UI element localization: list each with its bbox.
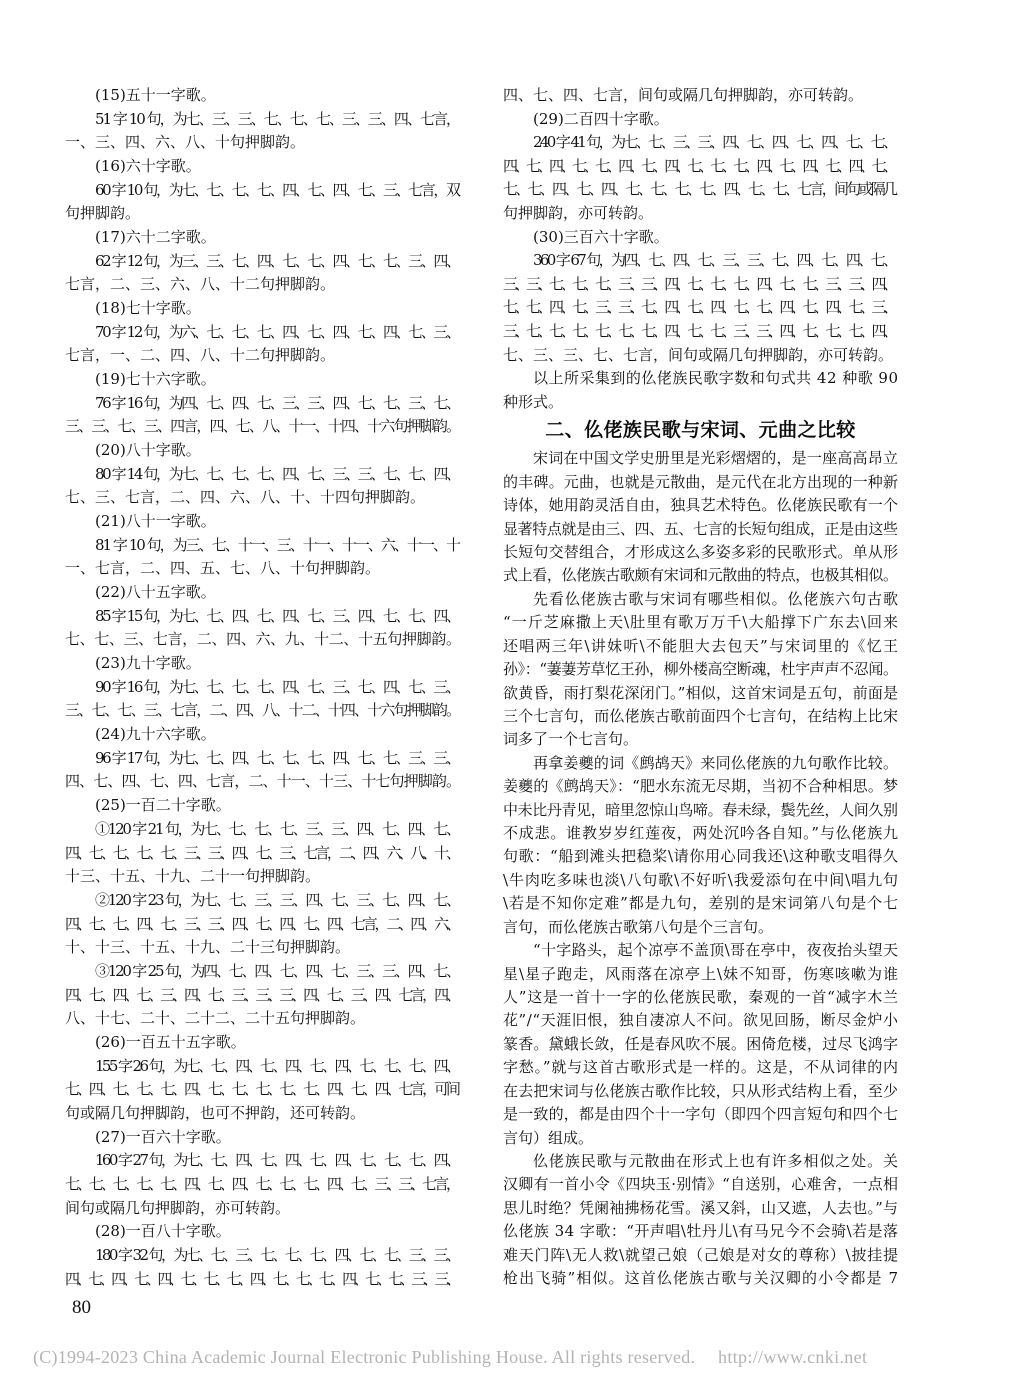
line-text: 96 字 17 句，为七、七、四、七、七、七、四、七、七、三、三、: [95, 747, 459, 771]
line-text: 花”/“天涯旧恨，独自凄凉人不问。欲见回肠，断尽金炉小: [503, 1009, 899, 1032]
right-text-column: 四、七、四、七言，间句或隔几句押脚韵，亦可转韵。(29)二百四十字歌。240 字…: [503, 84, 898, 1291]
line-text: 160 字 27 句，为七、七、四、七、四、七、四、七、七、七、四、: [95, 1149, 458, 1173]
text-line: 人”这是一首十一字的仫佬族民歌，秦观的一首“减字木兰: [503, 986, 898, 1009]
text-line: 七、七、四、七、三、三、七、四、七、四、七、七、四、七、四、七、三、: [503, 296, 898, 320]
song-form-description: 240 字 41 句，为七、七、三、三、四、七、四、七、四、七、七、四、七、四、…: [503, 131, 898, 225]
text-line: “一斤芝麻撒上天\肚里有歌万万千\大船撑下广东去\回来: [503, 611, 898, 634]
line-text: (15)五十一字歌。: [95, 84, 216, 108]
text-line: 三个七言句，而仫佬族古歌前面四个七言句，在结构上比宋: [503, 705, 898, 728]
line-text: (29)二百四十字歌。: [533, 108, 669, 132]
page-number: 80: [72, 1297, 91, 1319]
line-text: 81 字 10 句，为三、七、十一、三、十一、十一、六、十一、十: [95, 534, 459, 558]
text-line: (27)一百六十字歌。: [65, 1126, 461, 1150]
copyright-footer: (C)1994-2023 China Academic Journal Elec…: [33, 1347, 695, 1367]
text-line: (28)一百八十字歌。: [65, 1220, 461, 1244]
text-line: 360 字 67 句，为四、七、四、七、三、三、七、四、七、四、七、: [503, 249, 898, 273]
line-text: 还唱两三年\讲妹听\不能胆大去包天”与宋词里的《忆王: [503, 635, 899, 658]
text-line: 90 字 16 句，为七、七、七、七、四、七、三、七、四、七、三、: [65, 676, 461, 700]
song-form-title: (15)五十一字歌。: [65, 84, 461, 108]
text-line: (19)七十六字歌。: [65, 368, 461, 392]
song-form-title: (24)九十六字歌。: [65, 723, 461, 747]
song-form-title: (28)一百八十字歌。: [65, 1220, 461, 1244]
line-text: 十、十三、十五、十九、二十三句押脚韵。: [65, 936, 350, 960]
line-text: (22)八十五字歌。: [95, 581, 216, 605]
section-heading-text: 二、仫佬族民歌与宋词、元曲之比较: [545, 414, 855, 447]
text-line: 四、七、四、七、四、七、七、七、四、七、七、七、四、七、七、三、三、: [65, 1268, 461, 1292]
song-form-description: 85 字 15 句，为七、七、四、七、四、七、三、四、七、七、四、七、七、三、七…: [65, 605, 461, 652]
text-line: 62 字 12 句，为三、三、七、四、七、七、四、七、七、三、四、: [65, 250, 461, 274]
text-line: 难天门阵\无人救\就望己娘（己娘是对女的尊称）\披挂提: [503, 1244, 898, 1267]
song-form-title: (16)六十字歌。: [65, 155, 461, 179]
song-form-description: 96 字 17 句，为七、七、四、七、七、七、四、七、七、三、三、四、七、四、七…: [65, 747, 461, 794]
text-line: 四、七、四、七、四、七言，二、十一、十三、十七句押脚韵。: [65, 770, 461, 794]
text-line: (15)五十一字歌。: [65, 84, 461, 108]
text-line: (26)一百五十五字歌。: [65, 1031, 461, 1055]
line-text: “一斤芝麻撒上天\肚里有歌万万千\大船撑下广东去\回来: [503, 611, 899, 634]
line-text: 仫佬族 34 字歌：“开声唱\牡丹儿\有马兄今不会骑\若是落: [503, 1220, 898, 1243]
line-text: 言句）组成。: [503, 1127, 593, 1150]
line-text: 62 字 12 句，为三、三、七、四、七、七、四、七、七、三、四、: [95, 250, 459, 274]
line-text: 90 字 16 句，为七、七、七、七、四、七、三、七、四、七、三、: [95, 676, 459, 700]
text-line: 八、十七、二十、二十二、二十五句押脚韵。: [65, 1007, 461, 1031]
line-text: (25)一百二十字歌。: [95, 794, 231, 818]
line-text: (18)七十字歌。: [95, 297, 201, 321]
song-form-title: (25)一百二十字歌。: [65, 794, 461, 818]
text-line: 七言，一、二、四、八、十二句押脚韵。: [65, 344, 461, 368]
line-text: 155 字 26 句，为七、七、四、七、四、七、四、七、七、七、四、: [95, 1055, 458, 1079]
song-form-description: 70 字 12 句，为六、七、七、七、四、七、四、七、四、七、三、七言，一、二、…: [65, 321, 461, 368]
text-line: ①120 字 21 句，为七、七、七、七、三、三、四、七、四、七、: [65, 818, 461, 842]
song-form-description: 155 字 26 句，为七、七、四、七、四、七、四、七、七、七、四、七、四、七、…: [65, 1055, 461, 1126]
line-text: 以上所采集到的仫佬族民歌字数和句式共 42 种歌 90: [533, 367, 898, 391]
line-text: 360 字 67 句，为四、七、四、七、三、三、七、四、七、四、七、: [533, 249, 895, 273]
body-paragraph: “十字路头，起个凉亭不盖顶\哥在亭中，夜夜抬头望天星\星子跑走，风雨落在凉亭上\…: [503, 939, 898, 1150]
text-line: 仫佬族民歌与元散曲在形式上也有许多相似之处。关: [503, 1150, 898, 1173]
text-line: 51 字 10 句，为七、三、三、七、七、七、三、三、四、七言，: [65, 108, 461, 132]
journal-page: (15)五十一字歌。51 字 10 句，为七、三、三、七、七、七、三、三、四、七…: [0, 0, 1024, 1399]
section-heading: 二、仫佬族民歌与宋词、元曲之比较: [503, 414, 898, 447]
line-text: 词多了一个七言句。: [503, 728, 638, 751]
line-text: 枪出飞骑”相似。这首仫佬族古歌与关汉卿的小令都是 7: [503, 1267, 899, 1290]
line-text: 字愁。”就与这首古歌形式是一样的。这是，不从词律的内: [503, 1056, 899, 1079]
line-text: “十字路头，起个凉亭不盖顶\哥在亭中，夜夜抬头望天: [533, 939, 898, 962]
text-line: 间句或隔几句押脚韵，亦可转韵。: [65, 1197, 461, 1221]
text-line: 篆香。黛蛾长敛，任是春风吹不展。困倚危楼，过尽飞鸿字: [503, 1033, 898, 1056]
left-text-column: (15)五十一字歌。51 字 10 句，为七、三、三、七、七、七、三、三、四、七…: [65, 84, 461, 1291]
text-line: 四、七、四、七言，间句或隔几句押脚韵，亦可转韵。: [503, 84, 898, 108]
song-form-title: (30)三百六十字歌。: [503, 226, 898, 250]
body-paragraph: 宋词在中国文学史册里是光彩熠熠的，是一座高高昂立的丰碑。元曲，也就是元散曲，是元…: [503, 447, 898, 588]
text-line: 中未比丹青见，暗里忽惊山鸟啼。春未绿，鬓先丝，人间久别: [503, 799, 898, 822]
line-text: 汉卿有一首小令《四块玉·别情》“自送别，心难舍，一点相: [503, 1173, 898, 1196]
text-line: 再拿姜夔的词《鹧鸪天》来同仫佬族的九句歌作比较。: [503, 752, 898, 775]
line-text: 再拿姜夔的词《鹧鸪天》来同仫佬族的九句歌作比较。: [533, 752, 898, 775]
line-text: (28)一百八十字歌。: [95, 1220, 231, 1244]
line-text: \牛肉吃多味也淡\八句歌\不好听\我爱添句在中间\唱九句: [503, 869, 899, 892]
text-line: 七、七、四、七、四、七、七、七、七、四、七、七、七言，间句或隔几: [503, 178, 898, 202]
song-form-description: 62 字 12 句，为三、三、七、四、七、七、四、七、七、三、四、七言，二、三、…: [65, 250, 461, 297]
text-line: 式上看，仫佬族古歌颇有宋词和元散曲的特点，也极其相似。: [503, 564, 898, 587]
line-text: 三、七、七、三、七言，二、四、八、十二、十四、十六句押脚韵。: [65, 699, 459, 723]
line-text: 种形式。: [503, 391, 563, 415]
song-form-title: (23)九十字歌。: [65, 652, 461, 676]
line-text: (17)六十二字歌。: [95, 226, 216, 250]
line-text: 篆香。黛蛾长敛，任是春风吹不展。困倚危楼，过尽飞鸿字: [503, 1033, 898, 1056]
text-line: 四、七、四、七、三、四、七、三、三、三、四、七、三、四、七言，四、: [65, 984, 461, 1008]
song-form-description: 51 字 10 句，为七、三、三、七、七、七、三、三、四、七言，一、三、四、六、…: [65, 108, 461, 155]
line-text: 四、七、四、七、四、七言，二、十一、十三、十七句押脚韵。: [65, 770, 460, 794]
line-text: 七言，一、二、四、八、十二句押脚韵。: [65, 344, 335, 368]
text-line: (29)二百四十字歌。: [503, 108, 898, 132]
line-text: 85 字 15 句，为七、七、四、七、四、七、三、四、七、七、四、: [95, 605, 459, 629]
line-text: 句歌：“船到滩头把稳桨\请你用心同我还\这种歌支唱得久: [503, 845, 899, 868]
text-line: (24)九十六字歌。: [65, 723, 461, 747]
text-line: 七、三、七言，二、四、六、八、十、十四句押脚韵。: [65, 486, 461, 510]
text-line: 七、七、七、七、七、四、七、四、七、七、七、四、七、三、三、七言，: [65, 1173, 461, 1197]
line-text: 四、七、四、七、七、四、七、四、七、七、七、四、七、四、七、四、七、: [503, 155, 895, 179]
text-line: 词多了一个七言句。: [503, 728, 898, 751]
text-line: ②120 字 23 句，为七、七、三、三、四、七、三、七、四、七、: [65, 889, 461, 913]
line-text: (16)六十字歌。: [95, 155, 201, 179]
line-text: 240 字 41 句，为七、七、三、三、四、七、四、七、四、七、七、: [533, 131, 895, 155]
line-text: 间句或隔几句押脚韵，亦可转韵。: [65, 1197, 290, 1221]
line-text: ①120 字 21 句，为七、七、七、七、三、三、四、七、四、七、: [95, 818, 459, 842]
line-text: (24)九十六字歌。: [95, 723, 216, 747]
line-text: 三、七、七、七、七、七、七、四、七、七、三、三、四、七、七、七、四、: [503, 320, 895, 344]
text-line: (21)八十一字歌。: [65, 510, 461, 534]
text-line: 四、七、七、七、七、三、三、四、七、三、七言，二、四、六、八、十、: [65, 842, 461, 866]
text-line: 句押脚韵，亦可转韵。: [503, 202, 898, 226]
text-line: (16)六十字歌。: [65, 155, 461, 179]
line-text: 四、七、四、七、三、四、七、三、三、三、四、七、三、四、七言，四、: [65, 984, 458, 1008]
line-text: 76 字 16 句，为四、七、四、七、三、三、四、七、七、三、七、: [95, 392, 459, 416]
text-line: (18)七十字歌。: [65, 297, 461, 321]
text-line: 仫佬族 34 字歌：“开声唱\牡丹儿\有马兄今不会骑\若是落: [503, 1220, 898, 1243]
line-text: 三个七言句，而仫佬族古歌前面四个七言句，在结构上比宋: [503, 705, 898, 728]
song-form-title: (18)七十字歌。: [65, 297, 461, 321]
line-text: 三、三、七、七、七、三、三、四、七、七、七、四、七、七、三、三、四、: [503, 273, 895, 297]
song-form-title: (22)八十五字歌。: [65, 581, 461, 605]
line-text: 在去把宋词与仫佬族古歌作比较，只从形式结构上看，至少: [503, 1080, 898, 1103]
text-line: 显著特点就是由三、四、五、七言的长短句组成，正是由这些: [503, 518, 898, 541]
text-line: (20)八十字歌。: [65, 439, 461, 463]
song-form-title: (26)一百五十五字歌。: [65, 1031, 461, 1055]
song-form-description: ②120 字 23 句，为七、七、三、三、四、七、三、七、四、七、四、七、七、四…: [65, 889, 461, 960]
line-text: 十三、十五、十九、二十一句押脚韵。: [65, 865, 320, 889]
text-line: 宋词在中国文学史册里是光彩熠熠的，是一座高高昂立: [503, 447, 898, 470]
line-text: ③120 字 25 句，为四、七、四、七、四、七、三、三、四、七、: [95, 960, 459, 984]
text-line: 81 字 10 句，为三、七、十一、三、十一、十一、六、十一、十: [65, 534, 461, 558]
line-text: 句押脚韵。: [65, 202, 140, 226]
line-text: 中未比丹青见，暗里忽惊山鸟啼。春未绿，鬓先丝，人间久别: [503, 799, 898, 822]
text-line: 句歌：“船到滩头把稳桨\请你用心同我还\这种歌支唱得久: [503, 845, 898, 868]
line-text: ②120 字 23 句，为七、七、三、三、四、七、三、七、四、七、: [95, 889, 459, 913]
text-line: 七、七、三、七言，二、四、六、九、十二、十五句押脚韵。: [65, 628, 461, 652]
text-line: 姜夔的《鹧鸪天》：“肥水东流无尽期，当初不合种相思。梦: [503, 775, 898, 798]
line-text: 句押脚韵，亦可转韵。: [503, 202, 653, 226]
line-text: 孙》：“萋萋芳草忆王孙，柳外楼高空断魂，杜宇声声不忍闻。: [503, 658, 898, 681]
text-line: 十三、十五、十九、二十一句押脚韵。: [65, 865, 461, 889]
line-text: 显著特点就是由三、四、五、七言的长短句组成，正是由这些: [503, 518, 898, 541]
line-text: 180 字 32 句，为七、七、三、七、七、七、四、七、七、三、三、: [95, 1244, 458, 1268]
song-form-description: ③120 字 25 句，为四、七、四、七、四、七、三、三、四、七、四、七、四、七…: [65, 960, 461, 1031]
line-text: (20)八十字歌。: [95, 439, 201, 463]
line-text: 句或隔几句押脚韵，也可不押韵，还可转韵。: [65, 1102, 365, 1126]
text-line: 三、三、七、三、四言，四、七、八、十一、十四、十六句押脚韵。: [65, 415, 461, 439]
line-text: 四、七、四、七、四、七、七、七、四、七、七、七、四、七、七、三、三、: [65, 1268, 458, 1292]
line-text: 七、七、四、七、三、三、七、四、七、四、七、七、四、七、四、七、三、: [503, 296, 895, 320]
line-text: 60 字 10 句，为七、七、七、七、四、七、四、七、三、七言，双: [95, 179, 459, 203]
line-text: (19)七十六字歌。: [95, 368, 216, 392]
body-paragraph: 仫佬族民歌与元散曲在形式上也有许多相似之处。关汉卿有一首小令《四块玉·别情》“自…: [503, 1150, 898, 1291]
text-line: 155 字 26 句，为七、七、四、七、四、七、四、七、七、七、四、: [65, 1055, 461, 1079]
line-text: (26)一百五十五字歌。: [95, 1031, 246, 1055]
text-line: 枪出飞骑”相似。这首仫佬族古歌与关汉卿的小令都是 7: [503, 1267, 898, 1290]
song-form-title: (21)八十一字歌。: [65, 510, 461, 534]
text-line: “十字路头，起个凉亭不盖顶\哥在亭中，夜夜抬头望天: [503, 939, 898, 962]
line-text: 姜夔的《鹧鸪天》：“肥水东流无尽期，当初不合种相思。梦: [503, 775, 898, 798]
text-line: 先看仫佬族古歌与宋词有哪些相似。仫佬族六句古歌: [503, 588, 898, 611]
line-text: 不成悲。谁教岁岁红莲夜，两处沉吟各自知。”与仫佬族九: [503, 822, 899, 845]
line-text: 80 字 14 句，为七、七、七、七、四、七、三、三、七、七、四、: [95, 463, 459, 487]
text-line: 三、七、七、七、七、七、七、四、七、七、三、三、四、七、七、七、四、: [503, 320, 898, 344]
text-line: 字愁。”就与这首古歌形式是一样的。这是，不从词律的内: [503, 1056, 898, 1079]
line-text: 七、七、三、七言，二、四、六、九、十二、十五句押脚韵。: [65, 628, 461, 652]
line-text: 思儿时绝？凭阑袖拂杨花雪。溪又斜，山又遮，人去也。”与: [503, 1197, 898, 1220]
song-form-description: 60 字 10 句，为七、七、七、七、四、七、四、七、三、七言，双句押脚韵。: [65, 179, 461, 226]
line-text: \若是不知你定难”都是九句，差别的是宋词第八句是个七: [503, 892, 899, 915]
text-line: 七、三、三、七、七言，间句或隔几句押脚韵，亦可转韵。: [503, 344, 898, 368]
text-line: \牛肉吃多味也淡\八句歌\不好听\我爱添句在中间\唱九句: [503, 869, 898, 892]
line-text: 七、三、三、七、七言，间句或隔几句押脚韵，亦可转韵。: [503, 344, 893, 368]
text-line: 花”/“天涯旧恨，独自凄凉人不问。欲见回肠，断尽金炉小: [503, 1009, 898, 1032]
song-form-description: 160 字 27 句，为七、七、四、七、四、七、四、七、七、七、四、七、七、七、…: [65, 1149, 461, 1220]
text-line: 60 字 10 句，为七、七、七、七、四、七、四、七、三、七言，双: [65, 179, 461, 203]
text-line: 160 字 27 句，为七、七、四、七、四、七、四、七、七、七、四、: [65, 1149, 461, 1173]
text-line: 四、七、七、四、七、三、三、四、七、四、七、四、七言，二、四、六、: [65, 913, 461, 937]
line-text: 七、四、七、七、七、四、七、七、七、七、七、四、七、四、七言，可间: [65, 1078, 458, 1102]
text-line: 七言，二、三、六、八、十二句押脚韵。: [65, 273, 461, 297]
text-line: 80 字 14 句，为七、七、七、七、四、七、三、三、七、七、四、: [65, 463, 461, 487]
text-line: 三、七、七、三、七言，二、四、八、十二、十四、十六句押脚韵。: [65, 699, 461, 723]
text-line: 不成悲。谁教岁岁红莲夜，两处沉吟各自知。”与仫佬族九: [503, 822, 898, 845]
song-form-title: (17)六十二字歌。: [65, 226, 461, 250]
text-line: 十、十三、十五、十九、二十三句押脚韵。: [65, 936, 461, 960]
line-text: 难天门阵\无人救\就望己娘（己娘是对女的尊称）\披挂提: [503, 1244, 899, 1267]
body-paragraph: 先看仫佬族古歌与宋词有哪些相似。仫佬族六句古歌“一斤芝麻撒上天\肚里有歌万万千\…: [503, 588, 898, 752]
line-text: 七言，二、三、六、八、十二句押脚韵。: [65, 273, 335, 297]
text-line: 孙》：“萋萋芳草忆王孙，柳外楼高空断魂，杜宇声声不忍闻。: [503, 658, 898, 681]
line-text: 70 字 12 句，为六、七、七、七、四、七、四、七、四、七、三、: [95, 321, 459, 345]
text-line: 七、四、七、七、七、四、七、七、七、七、七、四、七、四、七言，可间: [65, 1078, 461, 1102]
line-text: 七、七、七、七、七、四、七、四、七、七、七、四、七、三、三、七言，: [65, 1173, 458, 1197]
text-line: 言句，而仫佬族古歌第八句是个三言句。: [503, 916, 898, 939]
line-text: (27)一百六十字歌。: [95, 1126, 231, 1150]
song-form-description: ①120 字 21 句，为七、七、七、七、三、三、四、七、四、七、四、七、七、七…: [65, 818, 461, 889]
line-text: 一、三、四、六、八、十句押脚韵。: [65, 131, 305, 155]
line-text: 诗体，她用韵灵活自由，独具艺术特色。仫佬族民歌有一个: [503, 494, 898, 517]
line-text: (21)八十一字歌。: [95, 510, 216, 534]
text-line: 言句）组成。: [503, 1127, 898, 1150]
song-form-title: (29)二百四十字歌。: [503, 108, 898, 132]
line-text: 仫佬族民歌与元散曲在形式上也有许多相似之处。关: [533, 1150, 899, 1173]
song-form-title: (27)一百六十字歌。: [65, 1126, 461, 1150]
line-text: (30)三百六十字歌。: [533, 226, 669, 250]
text-line: 85 字 15 句，为七、七、四、七、四、七、三、四、七、七、四、: [65, 605, 461, 629]
text-line: ③120 字 25 句，为四、七、四、七、四、七、三、三、四、七、: [65, 960, 461, 984]
line-text: 一、七言，二、四、五、七、八、十句押脚韵。: [65, 557, 380, 581]
line-text: 七、三、七言，二、四、六、八、十、十四句押脚韵。: [65, 486, 425, 510]
text-line: 在去把宋词与仫佬族古歌作比较，只从形式结构上看，至少: [503, 1080, 898, 1103]
song-form-description: 80 字 14 句，为七、七、七、七、四、七、三、三、七、七、四、七、三、七言，…: [65, 463, 461, 510]
text-line: 长短句交替组合，才形成这么多姿多彩的民歌形式。单从形: [503, 541, 898, 564]
text-line: (25)一百二十字歌。: [65, 794, 461, 818]
text-line: 240 字 41 句，为七、七、三、三、四、七、四、七、四、七、七、: [503, 131, 898, 155]
line-text: 七、七、四、七、四、七、七、七、七、四、七、七、七言，间句或隔几: [503, 178, 895, 202]
line-text: 欲黄昏，雨打梨花深闭门。”相似，这首宋词是五句，前面是: [503, 682, 898, 705]
text-line: 星\星子跑走，风雨落在凉亭上\妹不知哥，伤寒咳嗽为谁: [503, 963, 898, 986]
text-line: 一、七言，二、四、五、七、八、十句押脚韵。: [65, 557, 461, 581]
line-text: 51 字 10 句，为七、三、三、七、七、七、三、三、四、七言，: [95, 108, 459, 132]
line-text: 式上看，仫佬族古歌颇有宋词和元散曲的特点，也极其相似。: [503, 564, 898, 587]
body-paragraph: 再拿姜夔的词《鹧鸪天》来同仫佬族的九句歌作比较。姜夔的《鹧鸪天》：“肥水东流无尽…: [503, 752, 898, 939]
text-line: 96 字 17 句，为七、七、四、七、七、七、四、七、七、三、三、: [65, 747, 461, 771]
song-form-description: 360 字 67 句，为四、七、四、七、三、三、七、四、七、四、七、三、三、七、…: [503, 249, 898, 367]
line-text: 三、三、七、三、四言，四、七、八、十一、十四、十六句押脚韵。: [65, 415, 459, 439]
line-text: 的丰碑。元曲，也就是元散曲，是元代在北方出现的一种新: [503, 471, 898, 494]
text-line: 思儿时绝？凭阑袖拂杨花雪。溪又斜，山又遮，人去也。”与: [503, 1197, 898, 1220]
line-text: 长短句交替组合，才形成这么多姿多彩的民歌形式。单从形: [503, 541, 898, 564]
line-text: 是一致的，都是由四个十一字句（即四个四言短句和四个七: [503, 1103, 898, 1126]
text-line: 180 字 32 句，为七、七、三、七、七、七、四、七、七、三、三、: [65, 1244, 461, 1268]
song-form-description: 81 字 10 句，为三、七、十一、三、十一、十一、六、十一、十一、七言，二、四…: [65, 534, 461, 581]
text-line: 还唱两三年\讲妹听\不能胆大去包天”与宋词里的《忆王: [503, 635, 898, 658]
line-text: 先看仫佬族古歌与宋词有哪些相似。仫佬族六句古歌: [533, 588, 899, 611]
line-text: 四、七、七、七、七、三、三、四、七、三、七言，二、四、六、八、十、: [65, 842, 458, 866]
text-line: 的丰碑。元曲，也就是元散曲，是元代在北方出现的一种新: [503, 471, 898, 494]
text-line: 三、三、七、七、七、三、三、四、七、七、七、四、七、七、三、三、四、: [503, 273, 898, 297]
song-form-description: 四、七、四、七言，间句或隔几句押脚韵，亦可转韵。: [503, 84, 898, 108]
footer-url: http://www.cnki.net: [718, 1347, 867, 1367]
text-line: 一、三、四、六、八、十句押脚韵。: [65, 131, 461, 155]
text-line: \若是不知你定难”都是九句，差别的是宋词第八句是个七: [503, 892, 898, 915]
line-text: 人”这是一首十一字的仫佬族民歌，秦观的一首“减字木兰: [503, 986, 899, 1009]
text-line: 句押脚韵。: [65, 202, 461, 226]
text-line: 70 字 12 句，为六、七、七、七、四、七、四、七、四、七、三、: [65, 321, 461, 345]
song-form-description: 90 字 16 句，为七、七、七、七、四、七、三、七、四、七、三、三、七、七、三…: [65, 676, 461, 723]
line-text: 宋词在中国文学史册里是光彩熠熠的，是一座高高昂立: [533, 447, 898, 470]
text-line: 四、七、四、七、七、四、七、四、七、七、七、四、七、四、七、四、七、: [503, 155, 898, 179]
text-line: 种形式。: [503, 391, 898, 415]
line-text: (23)九十字歌。: [95, 652, 201, 676]
text-line: (23)九十字歌。: [65, 652, 461, 676]
body-paragraph: 以上所采集到的仫佬族民歌字数和句式共 42 种歌 90种形式。: [503, 367, 898, 414]
line-text: 八、十七、二十、二十二、二十五句押脚韵。: [65, 1007, 365, 1031]
text-line: 以上所采集到的仫佬族民歌字数和句式共 42 种歌 90: [503, 367, 898, 391]
line-text: 星\星子跑走，风雨落在凉亭上\妹不知哥，伤寒咳嗽为谁: [503, 963, 899, 986]
text-line: 诗体，她用韵灵活自由，独具艺术特色。仫佬族民歌有一个: [503, 494, 898, 517]
text-line: 汉卿有一首小令《四块玉·别情》“自送别，心难舍，一点相: [503, 1173, 898, 1196]
song-form-title: (20)八十字歌。: [65, 439, 461, 463]
text-line: (22)八十五字歌。: [65, 581, 461, 605]
text-line: (17)六十二字歌。: [65, 226, 461, 250]
song-form-title: (19)七十六字歌。: [65, 368, 461, 392]
song-form-description: 76 字 16 句，为四、七、四、七、三、三、四、七、七、三、七、三、三、七、三…: [65, 392, 461, 439]
line-text: 四、七、四、七言，间句或隔几句押脚韵，亦可转韵。: [503, 84, 863, 108]
text-line: (30)三百六十字歌。: [503, 226, 898, 250]
text-line: 76 字 16 句，为四、七、四、七、三、三、四、七、七、三、七、: [65, 392, 461, 416]
text-line: 句或隔几句押脚韵，也可不押韵，还可转韵。: [65, 1102, 461, 1126]
line-text: 言句，而仫佬族古歌第八句是个三言句。: [503, 916, 773, 939]
line-text: 四、七、七、四、七、三、三、四、七、四、七、四、七言，二、四、六、: [65, 913, 458, 937]
text-line: 欲黄昏，雨打梨花深闭门。”相似，这首宋词是五句，前面是: [503, 682, 898, 705]
song-form-description: 180 字 32 句，为七、七、三、七、七、七、四、七、七、三、三、四、七、四、…: [65, 1244, 461, 1291]
text-line: 是一致的，都是由四个十一字句（即四个四言短句和四个七: [503, 1103, 898, 1126]
